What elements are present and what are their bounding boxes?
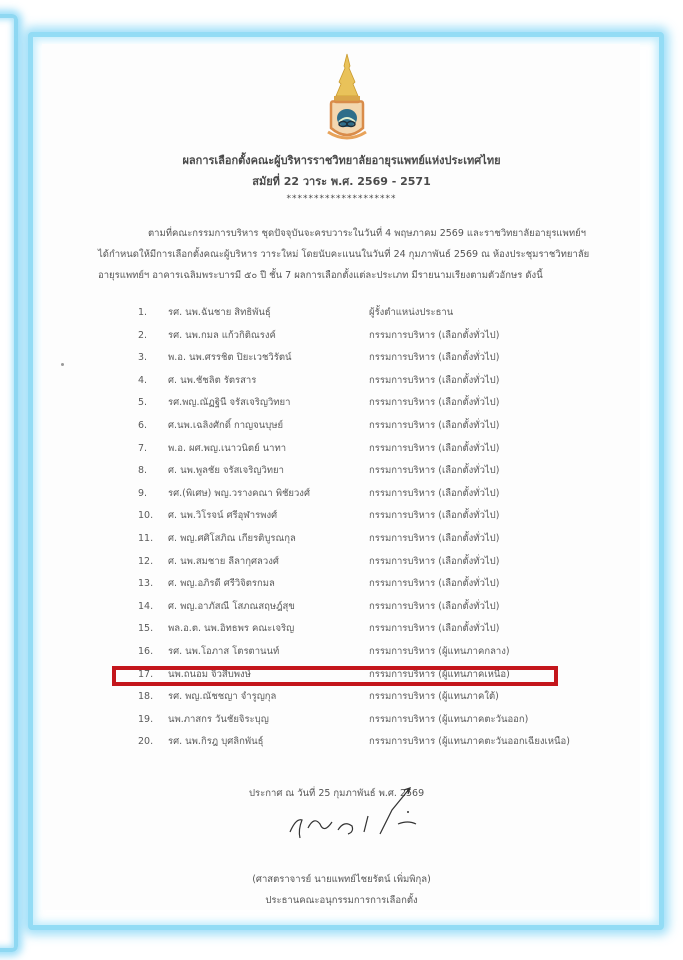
intro-paragraph: ตามที่คณะกรรมการบริหาร ชุดปัจจุบันจะครบว… (98, 223, 600, 286)
member-num: 18. (138, 686, 162, 709)
member-num: 6. (138, 415, 162, 438)
member-role: กรรมการบริหาร (ผู้แทนภาคตะวันออกเฉียงเหน… (369, 731, 570, 754)
member-name: รศ.พญ.ณัฏฐินี จรัสเจริญวิทยา (168, 392, 290, 415)
member-row: 19.นพ.ภาสกร วันชัยจิระบุญกรรมการบริหาร (… (138, 709, 598, 732)
member-name: พ.อ. นพ.ศรรชิต ปิยะเวชวิรัตน์ (168, 347, 292, 370)
member-row: 4.ศ. นพ.ชัชลิต รัตรสารกรรมการบริหาร (เลื… (138, 370, 598, 393)
member-num: 3. (138, 347, 162, 370)
member-role: กรรมการบริหาร (เลือกตั้งทั่วไป) (369, 392, 499, 415)
member-name: รศ. นพ.โอภาส โตรตานนท์ (168, 641, 279, 664)
intro-line: อายุรแพทย์ฯ อาคารเฉลิมพระบารมี ๕๐ ปี ชั้… (98, 265, 600, 286)
member-num: 13. (138, 573, 162, 596)
member-num: 8. (138, 460, 162, 483)
signature-mark (262, 780, 462, 850)
member-role: กรรมการบริหาร (เลือกตั้งทั่วไป) (369, 325, 499, 348)
member-name: ศ. พญ.ศศิโสภิณ เกียรติบูรณกุล (168, 528, 296, 551)
member-num: 15. (138, 618, 162, 641)
member-name: ศ. พญ.อภิรดี ศรีวิจิตรกมล (168, 573, 275, 596)
title-separator: ******************** (0, 194, 683, 204)
elected-members-list: 1.รศ. นพ.ฉันชาย สิทธิพันธุ์ผู้รั้งตำแหน่… (138, 302, 598, 754)
member-role: กรรมการบริหาร (เลือกตั้งทั่วไป) (369, 528, 499, 551)
member-role: กรรมการบริหาร (เลือกตั้งทั่วไป) (369, 438, 499, 461)
member-role: กรรมการบริหาร (ผู้แทนภาคตะวันออก) (369, 709, 528, 732)
member-num: 1. (138, 302, 162, 325)
member-role: กรรมการบริหาร (เลือกตั้งทั่วไป) (369, 370, 499, 393)
member-role: กรรมการบริหาร (เลือกตั้งทั่วไป) (369, 596, 499, 619)
document-subtitle: สมัยที่ 22 วาระ พ.ศ. 2569 - 2571 (0, 172, 683, 190)
member-num: 10. (138, 505, 162, 528)
document-title: ผลการเลือกตั้งคณะผู้บริหารราชวิทยาลัยอาย… (0, 151, 683, 169)
member-name: นพ.ภาสกร วันชัยจิระบุญ (168, 709, 269, 732)
member-name: ศ. นพ.วิโรจน์ ศรีอุฬารพงศ์ (168, 505, 277, 528)
member-name: พ.อ. ผศ.พญ.เนาวนิตย์ นาทา (168, 438, 286, 461)
member-num: 7. (138, 438, 162, 461)
member-name: รศ. นพ.ฉันชาย สิทธิพันธุ์ (168, 302, 271, 325)
member-role: กรรมการบริหาร (เลือกตั้งทั่วไป) (369, 573, 499, 596)
member-num: 14. (138, 596, 162, 619)
member-name: ศ. นพ.พูลชัย จรัสเจริญวิทยา (168, 460, 284, 483)
member-role: ผู้รั้งตำแหน่งประธาน (369, 302, 453, 325)
member-row: 3.พ.อ. นพ.ศรรชิต ปิยะเวชวิรัตน์กรรมการบร… (138, 347, 598, 370)
member-row: 7.พ.อ. ผศ.พญ.เนาวนิตย์ นาทากรรมการบริหาร… (138, 438, 598, 461)
member-role: กรรมการบริหาร (เลือกตั้งทั่วไป) (369, 460, 499, 483)
member-row: 8.ศ. นพ.พูลชัย จรัสเจริญวิทยากรรมการบริห… (138, 460, 598, 483)
member-row: 14.ศ. พญ.อาภัสณี โสภณสฤษฎ์สุขกรรมการบริห… (138, 596, 598, 619)
member-row: 2.รศ. นพ.กมล แก้วกิติณรงค์กรรมการบริหาร … (138, 325, 598, 348)
member-num: 2. (138, 325, 162, 348)
member-row: 5.รศ.พญ.ณัฏฐินี จรัสเจริญวิทยากรรมการบริ… (138, 392, 598, 415)
member-row: 9.รศ.(พิเศษ) พญ.วรางคณา พิชัยวงศ์กรรมการ… (138, 483, 598, 506)
member-role: กรรมการบริหาร (เลือกตั้งทั่วไป) (369, 505, 499, 528)
member-num: 11. (138, 528, 162, 551)
member-num: 5. (138, 392, 162, 415)
member-name: ศ. พญ.อาภัสณี โสภณสฤษฎ์สุข (168, 596, 295, 619)
member-row: 13.ศ. พญ.อภิรดี ศรีวิจิตรกมลกรรมการบริหา… (138, 573, 598, 596)
member-role: กรรมการบริหาร (เลือกตั้งทั่วไป) (369, 347, 499, 370)
member-num: 12. (138, 551, 162, 574)
intro-line: ได้กำหนดให้มีการเลือกตั้งคณะผู้บริหาร วา… (98, 244, 600, 265)
member-row: 11.ศ. พญ.ศศิโสภิณ เกียรติบูรณกุลกรรมการบ… (138, 528, 598, 551)
college-emblem-icon (322, 52, 372, 144)
member-num: 20. (138, 731, 162, 754)
member-row: 1.รศ. นพ.ฉันชาย สิทธิพันธุ์ผู้รั้งตำแหน่… (138, 302, 598, 325)
member-role: กรรมการบริหาร (ผู้แทนภาคกลาง) (369, 641, 510, 664)
member-name: พล.อ.ต. นพ.อิทธพร คณะเจริญ (168, 618, 294, 641)
member-row: 18.รศ. พญ.ณัชชญา จำรูญกุลกรรมการบริหาร (… (138, 686, 598, 709)
member-row: 16.รศ. นพ.โอภาส โตรตานนท์กรรมการบริหาร (… (138, 641, 598, 664)
member-role: กรรมการบริหาร (เลือกตั้งทั่วไป) (369, 551, 499, 574)
member-name: รศ.(พิเศษ) พญ.วรางคณา พิชัยวงศ์ (168, 483, 310, 506)
member-role: กรรมการบริหาร (เลือกตั้งทั่วไป) (369, 483, 499, 506)
intro-line: ตามที่คณะกรรมการบริหาร ชุดปัจจุบันจะครบว… (98, 223, 600, 244)
highlight-box-member-17 (112, 666, 558, 686)
member-row: 15.พล.อ.ต. นพ.อิทธพร คณะเจริญกรรมการบริห… (138, 618, 598, 641)
member-num: 19. (138, 709, 162, 732)
member-name: ศ. นพ.สมชาย ลีลากุศลวงศ์ (168, 551, 279, 574)
member-num: 16. (138, 641, 162, 664)
member-name: ศ.นพ.เฉลิงศักดิ์ กาญจนบุษย์ (168, 415, 283, 438)
member-num: 4. (138, 370, 162, 393)
member-row: 12.ศ. นพ.สมชาย ลีลากุศลวงศ์กรรมการบริหาร… (138, 551, 598, 574)
member-row: 20.รศ. นพ.กิรฎ บุศลิกพันธุ์กรรมการบริหาร… (138, 731, 598, 754)
member-row: 10.ศ. นพ.วิโรจน์ ศรีอุฬารพงศ์กรรมการบริห… (138, 505, 598, 528)
member-row: 6.ศ.นพ.เฉลิงศักดิ์ กาญจนบุษย์กรรมการบริห… (138, 415, 598, 438)
member-role: กรรมการบริหาร (เลือกตั้งทั่วไป) (369, 618, 499, 641)
member-name: ศ. นพ.ชัชลิต รัตรสาร (168, 370, 256, 393)
member-name: รศ. พญ.ณัชชญา จำรูญกุล (168, 686, 276, 709)
signer-title: ประธานคณะอนุกรรมการการเลือกตั้ง (0, 893, 683, 908)
scan-speck (61, 363, 64, 366)
member-role: กรรมการบริหาร (เลือกตั้งทั่วไป) (369, 415, 499, 438)
signer-name: (ศาสตราจารย์ นายแพทย์ไชยรัตน์ เพิ่มพิกุล… (0, 872, 683, 887)
member-num: 9. (138, 483, 162, 506)
member-role: กรรมการบริหาร (ผู้แทนภาคใต้) (369, 686, 499, 709)
member-name: รศ. นพ.กมล แก้วกิติณรงค์ (168, 325, 276, 348)
member-name: รศ. นพ.กิรฎ บุศลิกพันธุ์ (168, 731, 263, 754)
